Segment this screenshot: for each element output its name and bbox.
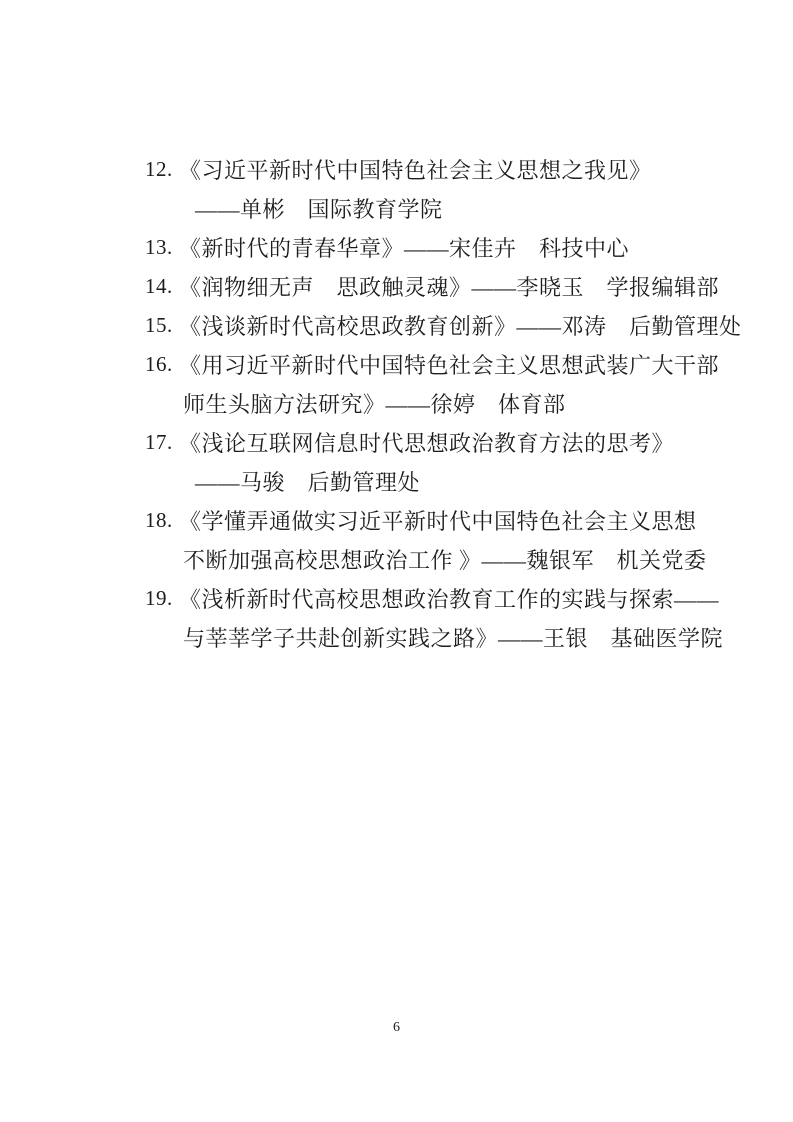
list-item-number: 13. [145,235,179,260]
page-number: 6 [0,1020,793,1036]
list-line: ——单彬 国际教育学院 [145,189,725,228]
list-item-text: 《用习近平新时代中国特色社会主义思想武装广大干部 [179,349,719,380]
list-line: 12.《习近平新时代中国特色社会主义思想之我见》 [145,150,725,189]
list-line: 与莘莘学子共赴创新实践之路》——王银 基础医学院 [145,618,725,657]
list-item-text: 师生头脑方法研究》——徐婷 体育部 [183,388,566,419]
list-item-text: 《浅论互联网信息时代思想政治教育方法的思考》 [179,427,674,458]
list-item-number: 14. [145,274,179,299]
list-item-text: 与莘莘学子共赴创新实践之路》——王银 基础医学院 [183,622,723,653]
list-line: 13.《新时代的青春华章》——宋佳卉 科技中心 [145,228,725,267]
list-line: 19.《浅析新时代高校思想政治教育工作的实践与探索—— [145,579,725,618]
works-list: 12.《习近平新时代中国特色社会主义思想之我见》——单彬 国际教育学院13.《新… [145,150,725,657]
list-line: 师生头脑方法研究》——徐婷 体育部 [145,384,725,423]
list-line: 18.《学懂弄通做实习近平新时代中国特色社会主义思想 [145,501,725,540]
document-page: 12.《习近平新时代中国特色社会主义思想之我见》——单彬 国际教育学院13.《新… [0,0,793,1122]
list-item-number: 12. [145,157,179,182]
list-item-text: 《浅析新时代高校思想政治教育工作的实践与探索—— [179,583,719,614]
list-item-text: ——单彬 国际教育学院 [195,193,443,224]
list-item-text: 《润物细无声 思政触灵魂》——李晓玉 学报编辑部 [179,271,719,302]
list-item-number: 19. [145,586,179,611]
list-item-text: 《习近平新时代中国特色社会主义思想之我见》 [179,154,652,185]
list-item-text: 不断加强高校思想政治工作 》——魏银军 机关党委 [183,544,707,575]
list-line: 17.《浅论互联网信息时代思想政治教育方法的思考》 [145,423,725,462]
list-line: 16.《用习近平新时代中国特色社会主义思想武装广大干部 [145,345,725,384]
list-line: ——马骏 后勤管理处 [145,462,725,501]
list-item-text: 《学懂弄通做实习近平新时代中国特色社会主义思想 [179,505,697,536]
list-item-number: 16. [145,352,179,377]
list-item-number: 18. [145,508,179,533]
list-line: 14.《润物细无声 思政触灵魂》——李晓玉 学报编辑部 [145,267,725,306]
list-line: 15.《浅谈新时代高校思政教育创新》——邓涛 后勤管理处 [145,306,725,345]
list-item-text: 《浅谈新时代高校思政教育创新》——邓涛 后勤管理处 [179,310,742,341]
list-item-text: 《新时代的青春华章》——宋佳卉 科技中心 [179,232,629,263]
list-item-number: 15. [145,313,179,338]
list-item-number: 17. [145,430,179,455]
list-line: 不断加强高校思想政治工作 》——魏银军 机关党委 [145,540,725,579]
list-item-text: ——马骏 后勤管理处 [195,466,420,497]
